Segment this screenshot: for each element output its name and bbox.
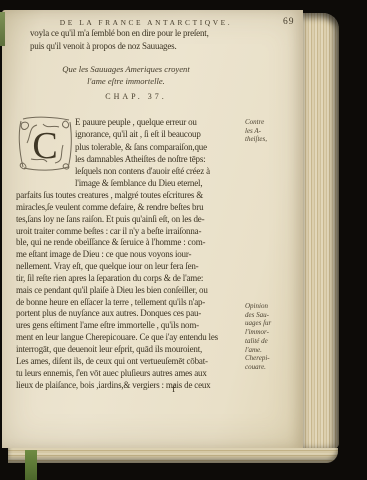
intro-paragraph: voyla ce qu'il m'a ſemblé bon en dire po… — [30, 27, 209, 52]
margin-note-contre-atheistes: Contreles A-theiſtes, — [245, 118, 293, 144]
body-text-line: miracles,ſe veulent comme defaire, & ren… — [16, 202, 218, 214]
body-text-line: les damnables Atheiſtes de noſtre tēps: — [75, 153, 210, 165]
book-page: DE LA FRANCE ANTARCTIQVE. 69 voyla ce qu… — [2, 10, 303, 448]
body-text-line: portent plus de nuyſance aux autres. Don… — [16, 308, 218, 320]
floral-ornament-icon: C — [17, 115, 74, 172]
drop-cap-initial: C — [17, 115, 74, 172]
binding-edge — [0, 12, 5, 46]
drop-cap-letter: C — [32, 125, 57, 167]
body-paragraph-indented: E pauure peuple , quelque erreur ouignor… — [75, 116, 210, 190]
body-text-line: tu leurs ennemis, ſ'en vōt auec pluſieur… — [16, 368, 218, 380]
intro-line: voyla ce qu'il m'a ſemblé bon en dire po… — [30, 27, 209, 40]
body-text-line: Les ames, diſent ils, de ceux qui ont ve… — [16, 356, 218, 368]
margin-note-opinion-sauvages: Opiniondes Sau-uages ſurl'immor-talité d… — [245, 302, 293, 372]
body-text-line: nellement. Vray eſt, que quelque iour on… — [16, 261, 218, 273]
margin-note-line: des Sau- — [245, 311, 293, 320]
chapter-heading-line: l'ame eſtre immortelle. — [16, 76, 236, 88]
signature-mark: f — [172, 384, 175, 395]
book-scan: DE LA FRANCE ANTARCTIQVE. 69 voyla ce qu… — [0, 0, 367, 480]
margin-note-line: l'immor- — [245, 328, 293, 337]
body-text-line: tes,ſans loy ne ſans raiſon. Et puis qu'… — [16, 214, 218, 226]
body-text-line: parfaits ſus toutes creatures , malgré t… — [16, 190, 218, 202]
margin-note-line: Contre — [245, 118, 293, 127]
body-text-line: ignorance, qu'il ait , ſi eſt il beaucou… — [75, 128, 210, 140]
margin-note-line: talité de — [245, 337, 293, 346]
body-text-line: E pauure peuple , quelque erreur ou — [75, 116, 210, 128]
bookmark-ribbon — [25, 450, 37, 480]
margin-note-line: l'ame. — [245, 346, 293, 355]
margin-note-line: couare. — [245, 363, 293, 372]
body-text-line: ble, qui ne rende obeïſſance & ſeruice à… — [16, 237, 218, 249]
body-paragraph: parfaits ſus toutes creatures , malgré t… — [16, 190, 218, 391]
margin-note-line: les A- — [245, 127, 293, 136]
body-text-line: tir, ſil reſte rien apres la ſeparation … — [16, 273, 218, 285]
margin-note-line: Cherepi- — [245, 354, 293, 363]
body-text-line: ment en leur langue Cherepicouare. Ce qu… — [16, 332, 218, 344]
running-title: DE LA FRANCE ANTARCTIQVE. — [17, 18, 275, 27]
body-text-line: de bonne heure en eſſacer la terre , tel… — [16, 297, 218, 309]
body-text-line: uroit traiter comme beſtes : car il n'y … — [16, 226, 218, 238]
body-text-line: lieux de plaiſance, bois ,iardins,& verg… — [16, 380, 218, 392]
chapter-heading: Que les Sauuages Ameriques croyentl'ame … — [16, 64, 236, 87]
chapter-number: CHAP. 37. — [16, 92, 256, 101]
intro-line: puis qu'il venoit à propos de noz Sauuag… — [30, 40, 209, 53]
page-edges-right — [303, 13, 339, 449]
chapter-heading-line: Que les Sauuages Ameriques croyent — [16, 64, 236, 76]
margin-note-line: Opinion — [245, 302, 293, 311]
body-text-line: ures gens eſtiment l'ame eſtre immortell… — [16, 320, 218, 332]
body-text-line: leſquels non contens d'auoir eſté créez … — [75, 165, 210, 177]
margin-note-line: theiſtes, — [245, 135, 293, 144]
body-text-line: l'image & ſemblance du Dieu eternel, — [75, 177, 210, 189]
body-text-line: plus tolerable, & ſans comparaiſon,que — [75, 141, 210, 153]
page-number: 69 — [283, 17, 295, 27]
body-text-line: me eſtant image de Dieu : ce que nous vo… — [16, 249, 218, 261]
margin-note-line: uages ſur — [245, 319, 293, 328]
page-edges-bottom — [8, 448, 338, 463]
body-text-line: interrogāt, que deuenoit leur eſprit, qu… — [16, 344, 218, 356]
body-text-line: mais ce pendant qu'il plaiſe à Dieu les … — [16, 285, 218, 297]
